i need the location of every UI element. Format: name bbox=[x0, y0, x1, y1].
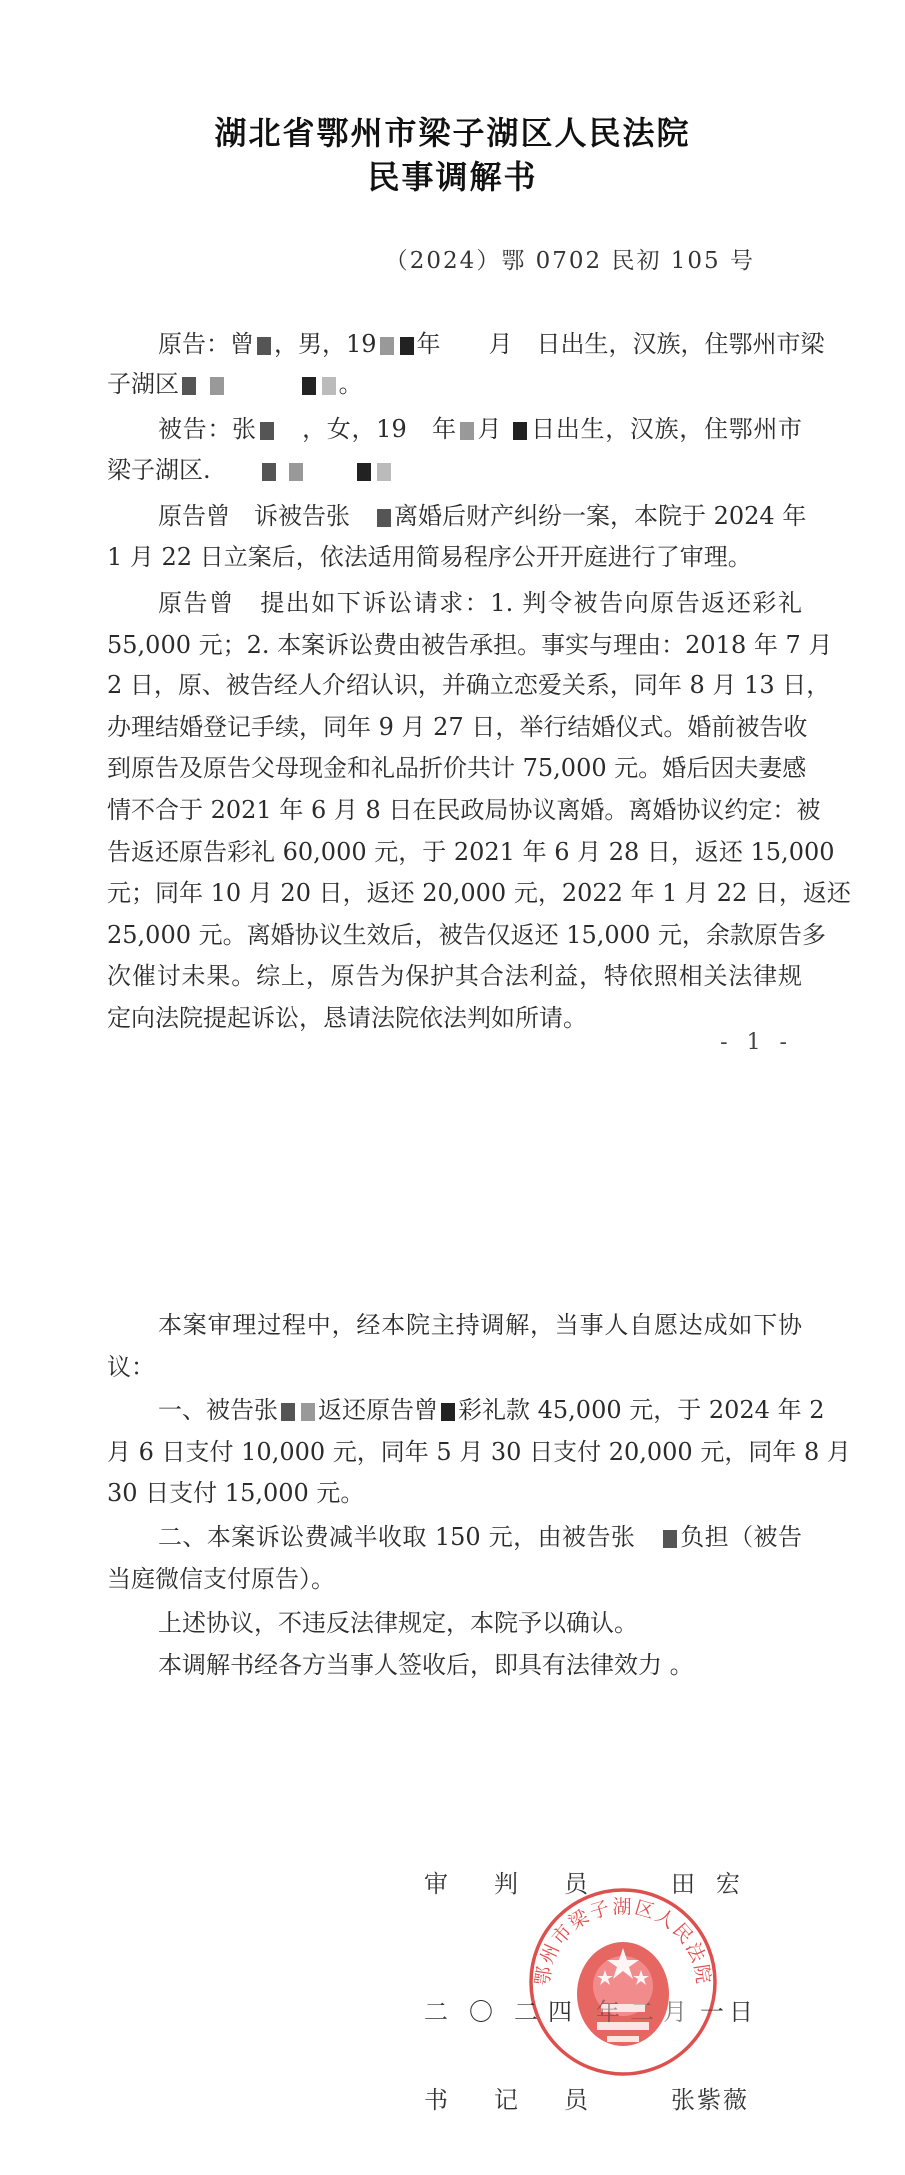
text-line: 上述协议，不违反法律规定，本院予以确认。 bbox=[158, 1608, 802, 1638]
court-title: 湖北省鄂州市梁子湖区人民法院 bbox=[0, 108, 905, 154]
text-line: 55,000 元；2. 本案诉讼费由被告承担。事实与理由：2018 年 7 月 bbox=[107, 630, 802, 660]
text-line: 梁子湖区. bbox=[107, 455, 802, 485]
text-line: 2 日，原、被告经人介绍认识，并确立恋爱关系，同年 8 月 13 日， bbox=[107, 670, 802, 700]
redacted-block bbox=[663, 1530, 677, 1548]
redacted-block bbox=[322, 377, 336, 395]
redacted-block bbox=[182, 377, 196, 395]
redacted-block bbox=[513, 422, 527, 440]
redacted-block bbox=[460, 422, 474, 440]
text-line: 议： bbox=[107, 1352, 802, 1382]
date-char: 月 bbox=[663, 1992, 687, 2027]
redacted-block bbox=[400, 337, 414, 355]
text-line: 当庭微信支付原告）。 bbox=[107, 1564, 802, 1594]
date-char: 四 bbox=[548, 1992, 572, 2027]
redacted-block bbox=[260, 422, 274, 440]
text-line: 次催讨未果。综上，原告为保护其合法利益，特依照相关法律规 bbox=[107, 961, 802, 991]
clerk-name: 张紫薇 bbox=[671, 2080, 749, 2115]
redacted-block bbox=[281, 1403, 295, 1421]
redacted-block bbox=[210, 377, 224, 395]
text-line: 定向法院提起诉讼，恳请法院依法判如所请。 bbox=[107, 1003, 802, 1033]
text-line: 情不合于 2021 年 6 月 8 日在民政局协议离婚。离婚协议约定：被 bbox=[107, 795, 802, 825]
redacted-block bbox=[441, 1403, 455, 1421]
judge-role-char: 审 bbox=[424, 1864, 448, 1899]
page-number: - 1 - bbox=[720, 1030, 793, 1055]
redacted-block bbox=[377, 463, 391, 481]
date-char: 二 bbox=[424, 1992, 448, 2027]
text-line: 30 日支付 15,000 元。 bbox=[107, 1478, 802, 1508]
text-line: 办理结婚登记手续，同年 9 月 27 日，举行结婚仪式。婚前被告收 bbox=[107, 712, 802, 742]
date-char: 日 bbox=[729, 1992, 753, 2027]
text-line: 一、被告张返还原告曾彩礼款 45,000 元，于 2024 年 2 bbox=[158, 1395, 802, 1425]
redacted-block bbox=[377, 509, 391, 527]
judge-name-char: 宏 bbox=[716, 1864, 740, 1899]
court-seal-icon: 鄂州市梁子湖区人民法院 bbox=[527, 1886, 719, 2078]
redacted-block bbox=[380, 337, 394, 355]
text-line: 本调解书经各方当事人签收后，即具有法律效力 。 bbox=[158, 1650, 802, 1680]
text-line: 子湖区 。 bbox=[107, 369, 802, 399]
redacted-block bbox=[257, 337, 271, 355]
redacted-block bbox=[302, 377, 316, 395]
text-line: 告返还原告彩礼 60,000 元，于 2021 年 6 月 28 日，返还 15… bbox=[107, 837, 802, 867]
redacted-block bbox=[289, 463, 303, 481]
clerk-role-char: 记 bbox=[494, 2080, 518, 2115]
text-line: 本案审理过程中，经本院主持调解，当事人自愿达成如下协 bbox=[158, 1310, 802, 1340]
text-line: 元；同年 10 月 20 日，返还 20,000 元，2022 年 1 月 22… bbox=[107, 878, 802, 908]
date-char: 〇 bbox=[469, 1992, 493, 2027]
redacted-block bbox=[301, 1403, 315, 1421]
document-type-title: 民事调解书 bbox=[0, 152, 905, 198]
text-line: 月 6 日支付 10,000 元，同年 5 月 30 日支付 20,000 元，… bbox=[107, 1437, 802, 1467]
redacted-block bbox=[262, 463, 276, 481]
text-line: 到原告及原告父母现金和礼品折价共计 75,000 元。婚后因夫妻感 bbox=[107, 753, 802, 783]
redacted-block bbox=[357, 463, 371, 481]
clerk-role-char: 员 bbox=[564, 2080, 588, 2115]
judge-name-char: 田 bbox=[671, 1864, 695, 1899]
text-line: 原告曾 诉被告张 离婚后财产纠纷一案，本院于 2024 年 bbox=[158, 501, 802, 531]
date-char: 二 bbox=[630, 1992, 654, 2027]
case-number: （2024）鄂 0702 民初 105 号 bbox=[385, 242, 755, 275]
date-char: 二 bbox=[514, 1992, 538, 2027]
text-line: 被告：张 ，女，19 年月 日出生，汉族，住鄂州市 bbox=[158, 414, 802, 444]
date-char: 年 bbox=[596, 1992, 620, 2027]
text-line: 二、本案诉讼费减半收取 150 元，由被告张 负担（被告 bbox=[158, 1522, 802, 1552]
text-line: 25,000 元。离婚协议生效后，被告仅返还 15,000 元，余款原告多 bbox=[107, 920, 802, 950]
clerk-role-char: 书 bbox=[424, 2080, 448, 2115]
date-char: 一 bbox=[700, 1992, 724, 2027]
text-line: 原告曾 提出如下诉讼请求：1. 判令被告向原告返还彩礼 bbox=[158, 588, 802, 618]
judge-role-char: 判 bbox=[494, 1864, 518, 1899]
text-line: 1 月 22 日立案后，依法适用简易程序公开开庭进行了审理。 bbox=[107, 542, 802, 572]
text-line: 原告：曾，男，19年 月 日出生，汉族，住鄂州市梁 bbox=[158, 329, 802, 359]
judge-role-char: 员 bbox=[564, 1864, 588, 1899]
